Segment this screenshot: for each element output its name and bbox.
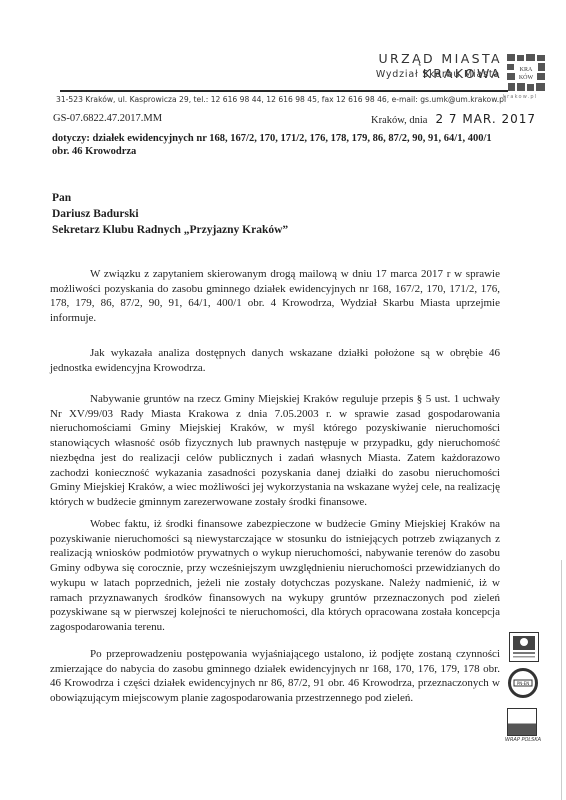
- svg-text:KÓW: KÓW: [519, 73, 534, 81]
- date-stamp: 2 7 MAR. 2017: [435, 112, 536, 126]
- page-edge-line: [561, 560, 562, 800]
- body-paragraph-1: W związku z zapytaniem skierowanym drogą…: [50, 267, 500, 326]
- subject-line: dotyczy: działek ewidencyjnych nr 168, 1…: [52, 133, 502, 158]
- header-divider: [60, 90, 508, 92]
- wrap-polska-label: WRAP POLSKA: [505, 737, 541, 743]
- body-paragraph-5: Po przeprowadzeniu postępowania wyjaśnia…: [50, 647, 500, 706]
- department-name: Wydział Skarbu Miasta: [300, 69, 500, 80]
- recipient-salutation: Pan: [52, 190, 288, 206]
- svg-text:PN-EN: PN-EN: [517, 681, 529, 686]
- recipient-title: Sekretarz Klubu Radnych „Przyjazny Krakó…: [52, 222, 288, 238]
- pn-en-certification-seal-icon: PN-EN: [508, 668, 538, 698]
- date-place-label: Kraków, dnia: [371, 115, 427, 126]
- svg-text:KRA: KRA: [520, 67, 533, 73]
- recipient-name: Dariusz Badurski: [52, 206, 288, 222]
- body-paragraph-4: Wobec faktu, iż środki finansowe zabezpi…: [50, 517, 500, 635]
- address-line: 31-523 Kraków, ul. Kasprowicza 29, tel.:…: [56, 95, 516, 104]
- body-paragraph-2: Jak wykazała analiza dostępnych danych w…: [50, 346, 500, 375]
- wrap-polska-icon: [507, 708, 537, 736]
- krakow-logo-icon: KRA KÓW: [506, 53, 546, 93]
- date-line: Kraków, dnia2 7 MAR. 2017: [371, 112, 536, 126]
- recipient-block: Pan Dariusz Badurski Sekretarz Klubu Rad…: [52, 190, 288, 238]
- reference-number: GS-07.6822.47.2017.MM: [53, 113, 162, 124]
- body-paragraph-3: Nabywanie gruntów na rzecz Gminy Miejski…: [50, 392, 500, 510]
- quality-certificate-icon: [509, 632, 539, 662]
